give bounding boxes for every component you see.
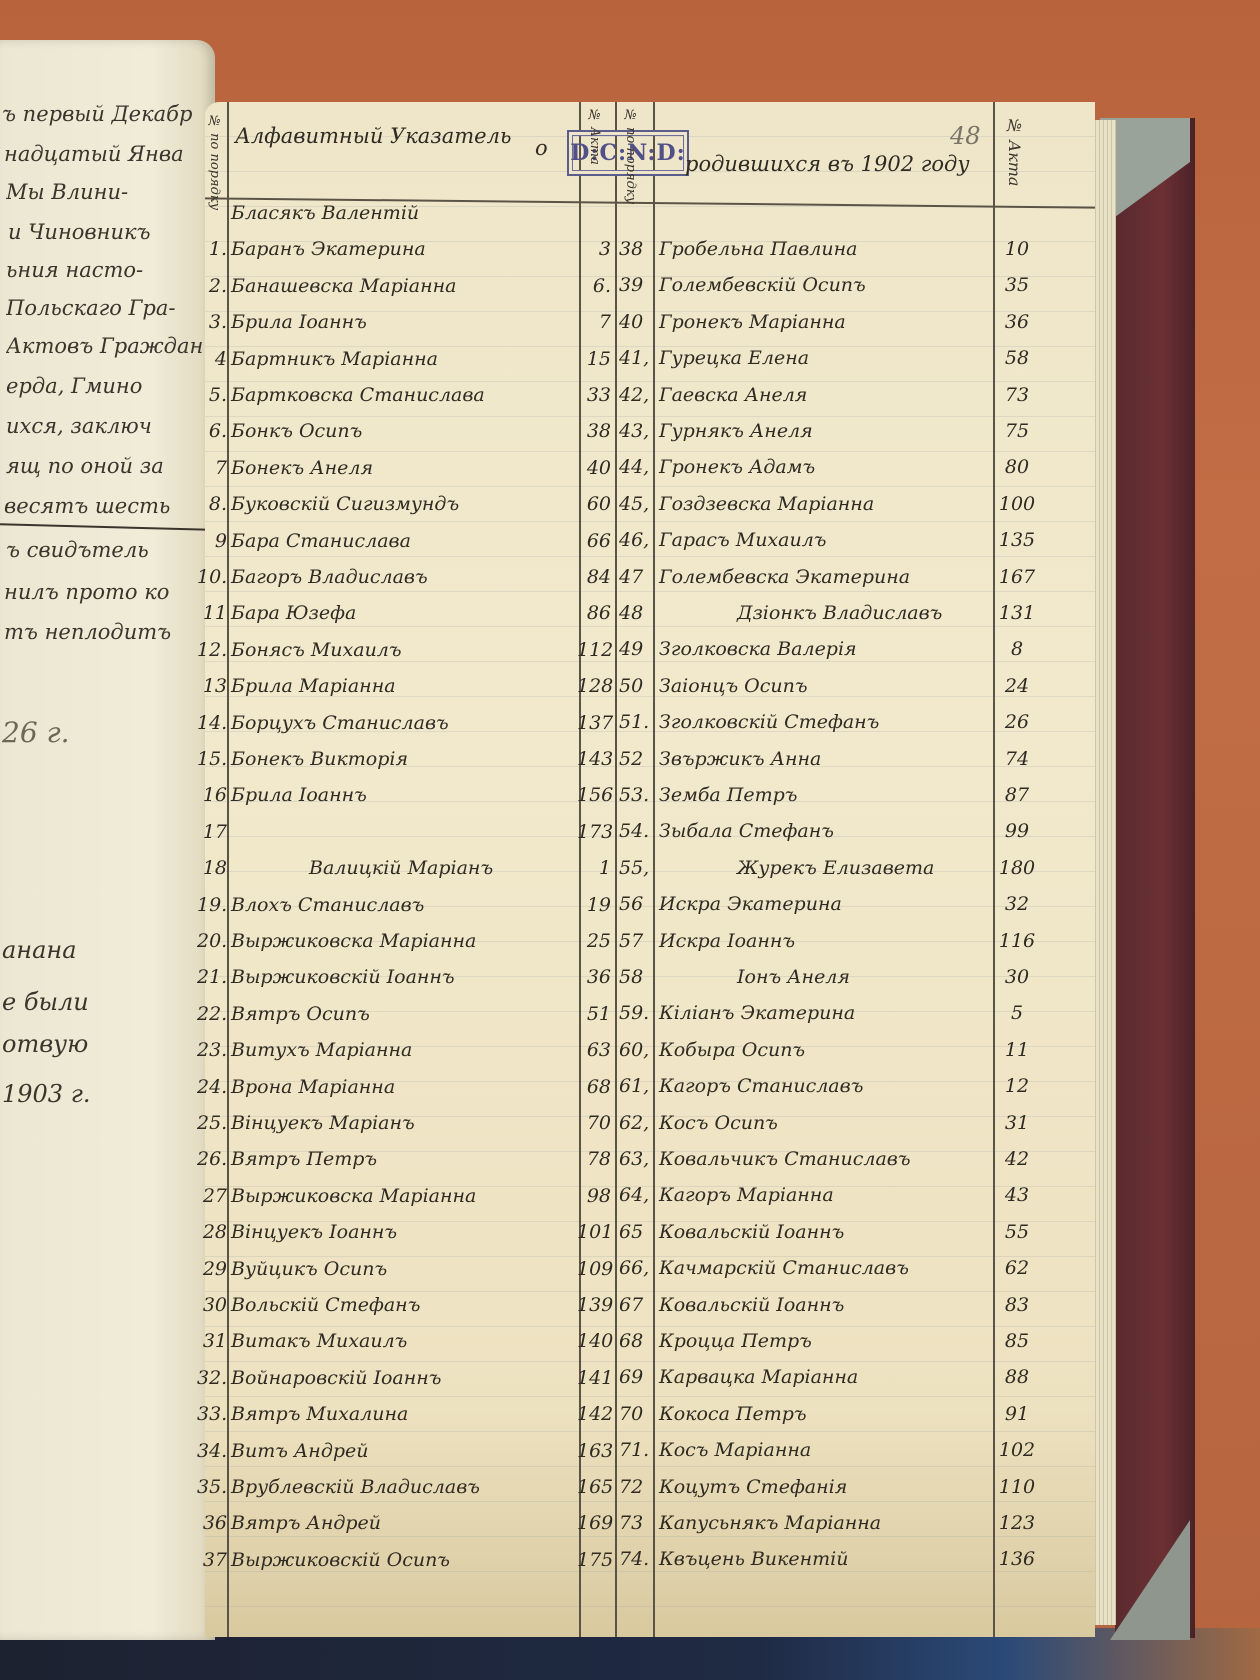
table-row: 48Дзіонкъ Владиславъ131 <box>205 602 1095 636</box>
table-row: 50Заіонцъ Осипъ24 <box>205 675 1095 709</box>
left-fragment: Актовъ Граждан <box>6 334 203 358</box>
entry-name: Гронекъ Маріанна <box>659 311 846 333</box>
header-act-right: № Акта <box>1005 116 1024 186</box>
left-fragment: анана <box>2 936 77 964</box>
register-page: № по порядку Алфавитный Указатель о D:C:… <box>205 102 1095 1637</box>
entry-index: 73 <box>619 1512 649 1534</box>
entry-act-number: 136 <box>997 1548 1037 1570</box>
table-row: 44,Гронекъ Адамъ80 <box>205 456 1095 490</box>
left-fragment: нилъ прото ко <box>4 580 169 604</box>
left-fragment: Мы Влини- <box>6 180 128 204</box>
entry-name: Гаевска Анеля <box>659 384 807 406</box>
entry-act-number: 75 <box>997 420 1037 442</box>
entry-act-number: 11 <box>997 1039 1037 1061</box>
table-row: 66,Качмарскій Станиславъ62 <box>205 1257 1095 1291</box>
table-row: 38Гробельна Павлина10 <box>205 238 1095 272</box>
table-row: 58Іонъ Анеля30 <box>205 966 1095 1000</box>
entry-index: 67 <box>619 1294 649 1316</box>
entry-index: 58 <box>619 966 649 988</box>
entry-index: 61, <box>619 1075 649 1097</box>
entry-name: Качмарскій Станиславъ <box>659 1257 909 1279</box>
entry-act-number: 87 <box>997 784 1037 806</box>
entry-index: 42, <box>619 384 649 406</box>
table-row: 59.Кіліанъ Экатерина5 <box>205 1002 1095 1036</box>
header-act-left: № Акта <box>587 108 602 165</box>
entry-act-number: 135 <box>997 529 1037 551</box>
entry-index: 48 <box>619 602 649 624</box>
table-row: 55,Журекъ Елизавета180 <box>205 857 1095 891</box>
table-row: 72Коцутъ Стефанія110 <box>205 1476 1095 1510</box>
entry-name: Кагоръ Маріанна <box>659 1184 834 1206</box>
entry-act-number: 42 <box>997 1148 1037 1170</box>
entry-act-number: 55 <box>997 1221 1037 1243</box>
header-index: № по порядку <box>207 114 222 210</box>
table-row: 65Ковальскій Іоаннъ55 <box>205 1221 1095 1255</box>
left-fragment: тъ неплодитъ <box>4 620 171 644</box>
entry-name: Гарасъ Михаилъ <box>659 529 826 551</box>
entry-act-number: 110 <box>997 1476 1037 1498</box>
table-row: 54.Зыбала Стефанъ99 <box>205 820 1095 854</box>
entry-act-number: 35 <box>997 274 1037 296</box>
entry-act-number: 31 <box>997 1112 1037 1134</box>
table-row: 39Голембевскій Осипъ35 <box>205 274 1095 308</box>
left-fragment: ъ свидътель <box>6 538 149 562</box>
entry-name: Гоздзевска Маріанна <box>659 493 874 515</box>
entry-act-number: 73 <box>997 384 1037 406</box>
entry-name: Зголковска Валерія <box>659 638 857 660</box>
entry-index: 39 <box>619 274 649 296</box>
entry-name: Бласякъ Валентій <box>231 202 419 224</box>
entry-name: Ковальчикъ Станиславъ <box>659 1148 911 1170</box>
table-row: 73Капусьнякъ Маріанна123 <box>205 1512 1095 1546</box>
entry-act-number: 123 <box>997 1512 1037 1534</box>
entry-name: Гробельна Павлина <box>659 238 857 260</box>
entry-name: Звържикъ Анна <box>659 748 821 770</box>
entry-index: 44, <box>619 456 649 478</box>
left-fragment: ихся, заключ <box>6 414 152 438</box>
entry-act-number: 85 <box>997 1330 1037 1352</box>
entry-index: 57 <box>619 930 649 952</box>
entry-name: Зголковскій Стефанъ <box>659 711 879 733</box>
entry-act-number: 32 <box>997 893 1037 915</box>
left-page: ъ первый Декабр надцатый Янва Мы Влини- … <box>0 40 215 1640</box>
entry-act-number: 58 <box>997 347 1037 369</box>
entry-index: 51. <box>619 711 649 733</box>
entry-name: Квъцень Викентій <box>659 1548 848 1570</box>
entry-index: 69 <box>619 1366 649 1388</box>
table-row: 43,Гурнякъ Анеля75 <box>205 420 1095 454</box>
entry-name: Коцутъ Стефанія <box>659 1476 847 1498</box>
entry-act-number: 100 <box>997 493 1037 515</box>
page-edges <box>1092 120 1116 1625</box>
table-row: 69Карвацка Маріанна88 <box>205 1366 1095 1400</box>
entry-name: Кокоса Петръ <box>659 1403 807 1425</box>
entry-index: 66, <box>619 1257 649 1279</box>
book-cover <box>1115 118 1195 1638</box>
entry-index: 41, <box>619 347 649 369</box>
entry-name: Гронекъ Адамъ <box>659 456 815 478</box>
entry-index: 65 <box>619 1221 649 1243</box>
table-row: 60,Кобыра Осипъ11 <box>205 1039 1095 1073</box>
table-row: 68Кроцца Петръ85 <box>205 1330 1095 1364</box>
entry-index: 63, <box>619 1148 649 1170</box>
table-row: Бласякъ Валентій <box>205 202 1095 236</box>
entry-index: 55, <box>619 857 649 879</box>
entry-index: 49 <box>619 638 649 660</box>
entry-name: Кагоръ Станиславъ <box>659 1075 863 1097</box>
entry-act-number: 24 <box>997 675 1037 697</box>
entry-name: Дзіонкъ Владиславъ <box>659 602 942 624</box>
entry-act-number: 74 <box>997 748 1037 770</box>
table-row: 62,Косъ Осипъ31 <box>205 1112 1095 1146</box>
table-row: 47Голембевска Экатерина167 <box>205 566 1095 600</box>
entry-name: Кобыра Осипъ <box>659 1039 805 1061</box>
entry-name: Іонъ Анеля <box>659 966 850 988</box>
entry-name: Ковальскій Іоаннъ <box>659 1221 844 1243</box>
entry-name: Ковальскій Іоаннъ <box>659 1294 844 1316</box>
table-row: 52Звържикъ Анна74 <box>205 748 1095 782</box>
entry-name: Искра Экатерина <box>659 893 842 915</box>
register-title: Алфавитный Указатель <box>235 124 511 148</box>
entry-name: Заіонцъ Осипъ <box>659 675 808 697</box>
entry-act-number: 83 <box>997 1294 1037 1316</box>
entry-index: 72 <box>619 1476 649 1498</box>
table-row: 51.Зголковскій Стефанъ26 <box>205 711 1095 745</box>
table-row: 74.Квъцень Викентій136 <box>205 1548 1095 1582</box>
table-row: 63,Ковальчикъ Станиславъ42 <box>205 1148 1095 1182</box>
left-fragment: 26 г. <box>2 716 70 749</box>
table-row: 56Искра Экатерина32 <box>205 893 1095 927</box>
left-fragment: ьния насто- <box>6 258 143 282</box>
table-row: 46,Гарасъ Михаилъ135 <box>205 529 1095 563</box>
entry-name: Кіліанъ Экатерина <box>659 1002 855 1024</box>
entry-index: 64, <box>619 1184 649 1206</box>
table-row: 71.Косъ Маріанна102 <box>205 1439 1095 1473</box>
table-row: 53.Земба Петръ87 <box>205 784 1095 818</box>
entry-name: Карвацка Маріанна <box>659 1366 858 1388</box>
entry-name: Гурнякъ Анеля <box>659 420 813 442</box>
entry-act-number: 80 <box>997 456 1037 478</box>
header-index-right: № по порядку <box>623 108 638 204</box>
left-fragment: и Чиновникъ <box>8 220 151 244</box>
table-row: 57Искра Іоаннъ116 <box>205 930 1095 964</box>
table-row: 61,Кагоръ Станиславъ12 <box>205 1075 1095 1109</box>
entry-name: Капусьнякъ Маріанна <box>659 1512 881 1534</box>
entry-index: 45, <box>619 493 649 515</box>
entry-act-number: 102 <box>997 1439 1037 1461</box>
entry-index: 71. <box>619 1439 649 1461</box>
entry-act-number: 167 <box>997 566 1037 588</box>
entry-act-number: 131 <box>997 602 1037 624</box>
left-fragment: отвую <box>2 1030 88 1058</box>
left-fragment: Польскаго Гра- <box>6 296 175 320</box>
left-fragment: весятъ шесть <box>4 494 170 518</box>
entry-index: 62, <box>619 1112 649 1134</box>
entry-name: Журекъ Елизавета <box>659 857 934 879</box>
entry-index: 40 <box>619 311 649 333</box>
entry-act-number: 12 <box>997 1075 1037 1097</box>
entry-index: 54. <box>619 820 649 842</box>
entry-index: 43, <box>619 420 649 442</box>
entry-act-number: 10 <box>997 238 1037 260</box>
entry-act-number: 88 <box>997 1366 1037 1388</box>
left-fragment: ъ первый Декабр <box>2 102 192 126</box>
entry-name: Косъ Осипъ <box>659 1112 778 1134</box>
entry-index: 52 <box>619 748 649 770</box>
table-row: 45,Гоздзевска Маріанна100 <box>205 493 1095 527</box>
entry-name: Голембевскій Осипъ <box>659 274 866 296</box>
left-fragment: е были <box>2 988 89 1016</box>
entry-act-number: 30 <box>997 966 1037 988</box>
left-fragment: надцатый Янва <box>4 142 184 166</box>
entry-act-number: 180 <box>997 857 1037 879</box>
entry-act-number: 43 <box>997 1184 1037 1206</box>
register-subtitle: родившихся въ 1902 году <box>685 152 970 176</box>
entry-name: Земба Петръ <box>659 784 797 806</box>
entry-name: Искра Іоаннъ <box>659 930 795 952</box>
table-row: 64,Кагоръ Маріанна43 <box>205 1184 1095 1218</box>
left-fragment: ящ по оной за <box>6 454 164 478</box>
table-row: 49Зголковска Валерія8 <box>205 638 1095 672</box>
entry-index: 50 <box>619 675 649 697</box>
entry-act-number: 8 <box>997 638 1037 660</box>
entry-index: 74. <box>619 1548 649 1570</box>
entry-act-number: 99 <box>997 820 1037 842</box>
entry-index: 56 <box>619 893 649 915</box>
entry-name: Гурецка Елена <box>659 347 809 369</box>
entry-index: 59. <box>619 1002 649 1024</box>
entry-index: 70 <box>619 1403 649 1425</box>
table-row: 42,Гаевска Анеля73 <box>205 384 1095 418</box>
page-number: 48 <box>950 122 981 150</box>
entry-index: 68 <box>619 1330 649 1352</box>
entry-name: Косъ Маріанна <box>659 1439 811 1461</box>
table-row: 40Гронекъ Маріанна36 <box>205 311 1095 345</box>
entry-act-number: 36 <box>997 311 1037 333</box>
entry-index: 60, <box>619 1039 649 1061</box>
entry-index: 38 <box>619 238 649 260</box>
entry-name: Зыбала Стефанъ <box>659 820 834 842</box>
entry-act-number: 91 <box>997 1403 1037 1425</box>
entry-index: 47 <box>619 566 649 588</box>
entry-act-number: 5 <box>997 1002 1037 1024</box>
entry-act-number: 26 <box>997 711 1037 733</box>
divider-line <box>0 523 210 530</box>
table-row: 41,Гурецка Елена58 <box>205 347 1095 381</box>
entry-act-number: 62 <box>997 1257 1037 1279</box>
left-fragment: 1903 г. <box>2 1080 90 1108</box>
table-row: 70Кокоса Петръ91 <box>205 1403 1095 1437</box>
title-preposition: о <box>535 136 548 160</box>
table-row: 67Ковальскій Іоаннъ83 <box>205 1294 1095 1328</box>
entry-name: Голембевска Экатерина <box>659 566 910 588</box>
entry-index: 46, <box>619 529 649 551</box>
entry-name: Кроцца Петръ <box>659 1330 812 1352</box>
entry-act-number: 116 <box>997 930 1037 952</box>
entry-index: 53. <box>619 784 649 806</box>
left-fragment: ерда, Гмино <box>6 374 142 398</box>
